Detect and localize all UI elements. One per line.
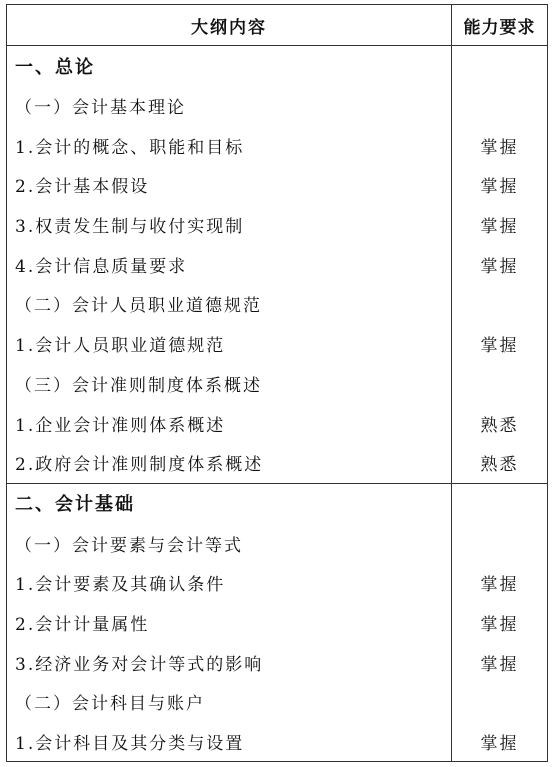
section-group: 一、总论（一）会计基本理论1.会计的概念、职能和目标掌握2.会计基本假设掌握3.… [7,46,547,484]
requirement-cell [452,86,547,126]
requirement-cell: 熟悉 [452,403,547,443]
outline-cell: 3.权责发生制与收付实现制 [7,205,452,245]
outline-cell: （一）会计要素与会计等式 [7,523,452,563]
outline-cell: 二、会计基础 [7,484,452,524]
requirement-cell: 掌握 [452,603,547,643]
syllabus-table: 大纲内容 能力要求 一、总论（一）会计基本理论1.会计的概念、职能和目标掌握2.… [6,4,548,762]
table-row: （二）会计科目与账户 [7,682,547,722]
table-row: 1.会计科目及其分类与设置掌握 [7,722,547,762]
outline-cell: 1.会计人员职业道德规范 [7,324,452,364]
table-row: 一、总论 [7,46,547,86]
table-header: 大纲内容 能力要求 [7,5,547,46]
table-row: 2.政府会计准则制度体系概述熟悉 [7,443,547,483]
outline-cell: 4.会计信息质量要求 [7,244,452,284]
outline-cell: （二）会计人员职业道德规范 [7,284,452,324]
outline-cell: 3.经济业务对会计等式的影响 [7,642,452,682]
requirement-cell: 掌握 [452,563,547,603]
outline-cell: （三）会计准则制度体系概述 [7,364,452,404]
outline-cell: （一）会计基本理论 [7,86,452,126]
table-row: （三）会计准则制度体系概述 [7,364,547,404]
header-content: 大纲内容 [7,5,452,45]
requirement-cell [452,682,547,722]
outline-cell: 2.会计计量属性 [7,603,452,643]
table-row: （一）会计要素与会计等式 [7,523,547,563]
table-body: 一、总论（一）会计基本理论1.会计的概念、职能和目标掌握2.会计基本假设掌握3.… [7,46,547,761]
table-row: 3.权责发生制与收付实现制掌握 [7,205,547,245]
requirement-cell [452,484,547,524]
outline-cell: 1.企业会计准则体系概述 [7,403,452,443]
table-row: （二）会计人员职业道德规范 [7,284,547,324]
requirement-cell: 掌握 [452,205,547,245]
table-row: 2.会计计量属性掌握 [7,603,547,643]
table-row: 1.会计人员职业道德规范掌握 [7,324,547,364]
outline-cell: （二）会计科目与账户 [7,682,452,722]
requirement-cell: 掌握 [452,125,547,165]
table-row: 4.会计信息质量要求掌握 [7,244,547,284]
requirement-cell: 掌握 [452,324,547,364]
table-row: 1.会计的概念、职能和目标掌握 [7,125,547,165]
outline-cell: 一、总论 [7,46,452,86]
requirement-cell: 熟悉 [452,443,547,483]
requirement-cell: 掌握 [452,642,547,682]
table-row: 3.经济业务对会计等式的影响掌握 [7,642,547,682]
table-row: （一）会计基本理论 [7,86,547,126]
outline-cell: 1.会计要素及其确认条件 [7,563,452,603]
requirement-cell [452,46,547,86]
requirement-cell [452,284,547,324]
table-row: 1.企业会计准则体系概述熟悉 [7,403,547,443]
outline-cell: 2.会计基本假设 [7,165,452,205]
requirement-cell: 掌握 [452,165,547,205]
table-row: 2.会计基本假设掌握 [7,165,547,205]
requirement-cell: 掌握 [452,722,547,762]
outline-cell: 1.会计科目及其分类与设置 [7,722,452,762]
table-row: 1.会计要素及其确认条件掌握 [7,563,547,603]
outline-cell: 2.政府会计准则制度体系概述 [7,443,452,483]
header-requirement: 能力要求 [452,5,547,45]
outline-cell: 1.会计的概念、职能和目标 [7,125,452,165]
requirement-cell: 掌握 [452,244,547,284]
requirement-cell [452,364,547,404]
requirement-cell [452,523,547,563]
table-row: 二、会计基础 [7,484,547,524]
section-group: 二、会计基础（一）会计要素与会计等式1.会计要素及其确认条件掌握2.会计计量属性… [7,484,547,762]
